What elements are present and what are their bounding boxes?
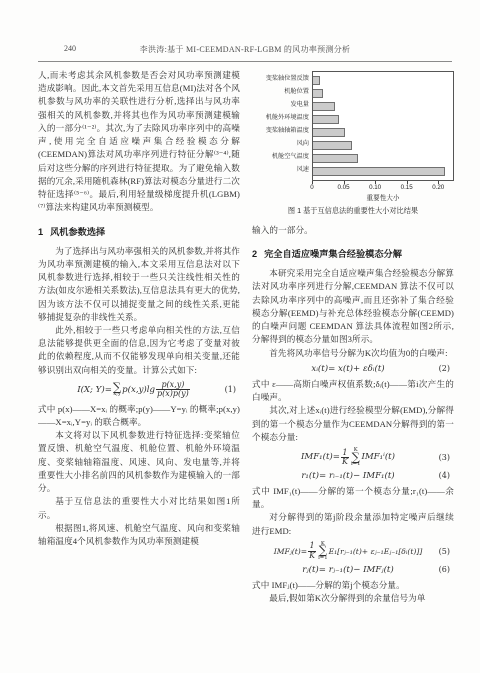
bar bbox=[313, 167, 445, 176]
eq-rhs: IMF₁ⁱ(t) bbox=[361, 452, 395, 462]
equation-4: r₁(t)= rᵢ₋₁(t)− IMF₁(t) (4) bbox=[252, 471, 444, 481]
eq-lhs: IMF₁(t)= bbox=[301, 452, 340, 462]
bar bbox=[313, 128, 345, 137]
x-tick-label: 0.15 bbox=[401, 184, 413, 191]
sum-lower-limit: i=1 bbox=[351, 462, 361, 467]
summation-symbol: K ∑ i=1 bbox=[318, 542, 328, 561]
figure1-x-axis-label: 重要性大小 bbox=[312, 192, 454, 202]
section-heading-2: 2 完全自适应噪声集合经验模态分解 bbox=[252, 246, 454, 260]
numerator: 1 bbox=[310, 542, 315, 550]
bar bbox=[313, 154, 358, 163]
left-column: 人,而未考虑其余风机参数是否会对风功率预测建模造成影响。因此,本文首先采用互信息… bbox=[38, 69, 240, 633]
equation-3: IMF₁(t)= 1 K K ∑ i=1 IMF₁ⁱ(t) (3) bbox=[252, 448, 444, 467]
equation-number: (2) bbox=[439, 364, 450, 373]
figure1-chart: 变桨轴位置反馈机舱位置发电量机舱外环境温度变桨轴轴箱温度风向机舱空气温度风速 bbox=[252, 71, 454, 181]
eq-body: rⱼ(t)= rⱼ₋₁(t)− IMFⱼ(t) bbox=[302, 565, 394, 575]
sum-lower-limit: x,y bbox=[113, 392, 121, 397]
bar bbox=[313, 141, 352, 150]
section-title: 完全自适应噪声集合经验模态分解 bbox=[264, 246, 402, 260]
denominator: K bbox=[308, 551, 316, 560]
section-number: 1 bbox=[38, 227, 43, 237]
fraction: p(x,y) p(x)p(y) bbox=[156, 381, 190, 399]
eq-lhs: IMFⱼ(t)= bbox=[274, 547, 307, 556]
bar-track bbox=[313, 100, 453, 113]
paragraph: 首先将风功率信号分解为K次均值为0的白噪声: bbox=[252, 347, 454, 360]
paragraph: 最后,假如第K次分解得到的余量信号为单 bbox=[252, 592, 454, 605]
paragraph: 输入的一部分。 bbox=[252, 224, 454, 237]
page-header: 240 李洪涛:基于 MI-CEEMDAN-RF-LGBM 的风功率预测分析 bbox=[38, 44, 452, 56]
bar-track bbox=[313, 126, 453, 139]
figure1-x-axis: 00.050.100.150.20 bbox=[312, 181, 454, 191]
numerator: p(x,y) bbox=[161, 381, 184, 389]
figure1-plot bbox=[312, 71, 454, 181]
summation-symbol: K ∑ i=1 bbox=[351, 448, 361, 467]
paragraph: 其次,对上述xᵢ(t)进行经验模型分解(EMD),分解得到的第一个模态分量作为C… bbox=[252, 404, 454, 444]
x-tick-label: 0 bbox=[310, 184, 313, 191]
paragraph: 式中 p(x)——X=xᵢ 的概率;p(y)——Y=yᵢ 的概率;p(x,y)—… bbox=[38, 403, 240, 429]
section-title: 风机参数选择 bbox=[50, 224, 105, 238]
paragraph: 基于互信息法的重要性大小对比结果如图1所示。 bbox=[38, 495, 240, 521]
denominator: K bbox=[341, 457, 349, 466]
equation-number: (3) bbox=[439, 453, 450, 462]
paragraph: 式中 IMF₁(t)——分解的第一个模态分量;r₁(t)——余量。 bbox=[252, 485, 454, 511]
category-label: 机舱空气温度 bbox=[252, 149, 312, 162]
bar bbox=[313, 89, 323, 98]
header-rule bbox=[38, 61, 452, 62]
two-column-body: 人,而未考虑其余风机参数是否会对风功率预测建模造成影响。因此,本文首先采用互信息… bbox=[38, 69, 454, 633]
equation-5: IMFⱼ(t)= 1 K K ∑ i=1 E₁[rⱼ₋₁(t)+ εⱼ₋₁Eⱼ₋… bbox=[252, 542, 444, 561]
bar bbox=[313, 115, 339, 124]
category-label: 机舱外环境温度 bbox=[252, 110, 312, 123]
category-label: 机舱位置 bbox=[252, 84, 312, 97]
paragraph: 本研究采用完全自适应噪声集合经验模态分解算法对风功率序列进行分解,CEEMDAN… bbox=[252, 267, 454, 346]
equation-number: (6) bbox=[439, 565, 450, 574]
paragraph: 式中 IMFⱼ(t)——分解的第j个模态分量。 bbox=[252, 579, 454, 592]
fraction: 1 K bbox=[308, 542, 316, 560]
bar-track bbox=[313, 152, 453, 165]
equation-number: (1) bbox=[225, 385, 236, 394]
x-tick-label: 0.05 bbox=[338, 184, 350, 191]
paragraph: 人,而未考虑其余风机参数是否会对风功率预测建模造成影响。因此,本文首先采用互信息… bbox=[38, 69, 240, 215]
fraction: 1 K bbox=[341, 449, 349, 467]
paragraph: 此外,相较于一些只考虑单向相关性的方法,互信息法能够提供更全面的信息,因为它考虑… bbox=[38, 324, 240, 377]
bar-track bbox=[313, 139, 453, 152]
category-label: 风速 bbox=[252, 162, 312, 175]
x-tick-label: 0.10 bbox=[369, 184, 381, 191]
figure1-caption: 图 1 基于互信息法的重要性大小对比结果 bbox=[252, 206, 454, 216]
bar-track bbox=[313, 113, 453, 126]
section-heading-1: 1 风机参数选择 bbox=[38, 224, 240, 238]
eq-mid: p(x,y)lg bbox=[122, 385, 155, 395]
bar-track bbox=[313, 165, 453, 178]
eq-body: xᵢ(t)= x(t)+ εδᵢ(t) bbox=[311, 364, 384, 374]
equation-6: rⱼ(t)= rⱼ₋₁(t)− IMFⱼ(t) (6) bbox=[252, 565, 444, 575]
section-number: 2 bbox=[252, 249, 257, 259]
paragraph: 根据图1,将风速、机舱空气温度、风向和变桨轴轴箱温度4个风机参数作为风功率预测建… bbox=[38, 522, 240, 548]
category-label: 发电量 bbox=[252, 97, 312, 110]
bar-track bbox=[313, 87, 453, 100]
x-tick-label: 0.20 bbox=[432, 184, 444, 191]
equation-number: (5) bbox=[439, 547, 450, 556]
running-title: 李洪涛:基于 MI-CEEMDAN-RF-LGBM 的风功率预测分析 bbox=[38, 44, 452, 55]
paragraph: 为了选择出与风功率强相关的风机参数,并将其作为风功率预测建模的输入,本文采用互信… bbox=[38, 245, 240, 324]
bar-track bbox=[313, 74, 453, 87]
paragraph: 对分解得到的第j阶段余量添加特定噪声后继续进行EMD: bbox=[252, 511, 454, 537]
equation-number: (4) bbox=[439, 471, 450, 480]
figure1-category-labels: 变桨轴位置反馈机舱位置发电量机舱外环境温度变桨轴轴箱温度风向机舱空气温度风速 bbox=[252, 71, 312, 181]
bar bbox=[313, 76, 320, 85]
eq-lhs: I(X; Y)= bbox=[77, 385, 112, 395]
paragraph: 本文将对以下风机参数进行特征选择:变桨轴位置反馈、机舱空气温度、机舱位置、机舱外… bbox=[38, 429, 240, 495]
category-label: 风向 bbox=[252, 136, 312, 149]
page-number: 240 bbox=[64, 44, 76, 53]
category-label: 变桨轴位置反馈 bbox=[252, 71, 312, 84]
equation-1: I(X; Y)= ∑ x,y p(x,y)lg p(x,y) p(x)p(y) … bbox=[38, 381, 230, 399]
sum-lower-limit: i=1 bbox=[318, 556, 328, 561]
paragraph: 式中 ε——高斯白噪声权值系数;δᵢ(t)——第i次产生的白噪声。 bbox=[252, 378, 454, 404]
denominator: p(x)p(y) bbox=[156, 389, 190, 398]
summation-symbol: ∑ x,y bbox=[113, 383, 121, 397]
figure-1: 变桨轴位置反馈机舱位置发电量机舱外环境温度变桨轴轴箱温度风向机舱空气温度风速 0… bbox=[252, 71, 454, 216]
paper-page: 240 李洪涛:基于 MI-CEEMDAN-RF-LGBM 的风功率预测分析 人… bbox=[0, 0, 480, 673]
right-column: 变桨轴位置反馈机舱位置发电量机舱外环境温度变桨轴轴箱温度风向机舱空气温度风速 0… bbox=[252, 69, 454, 633]
bar bbox=[313, 102, 335, 111]
eq-rhs: E₁[rⱼ₋₁(t)+ εⱼ₋₁Eⱼ₋₁[δᵢ(t)]] bbox=[329, 547, 423, 556]
equation-2: xᵢ(t)= x(t)+ εδᵢ(t) (2) bbox=[252, 364, 444, 374]
numerator: 1 bbox=[342, 449, 347, 457]
eq-body: r₁(t)= rᵢ₋₁(t)− IMF₁(t) bbox=[301, 471, 394, 481]
category-label: 变桨轴轴箱温度 bbox=[252, 123, 312, 136]
